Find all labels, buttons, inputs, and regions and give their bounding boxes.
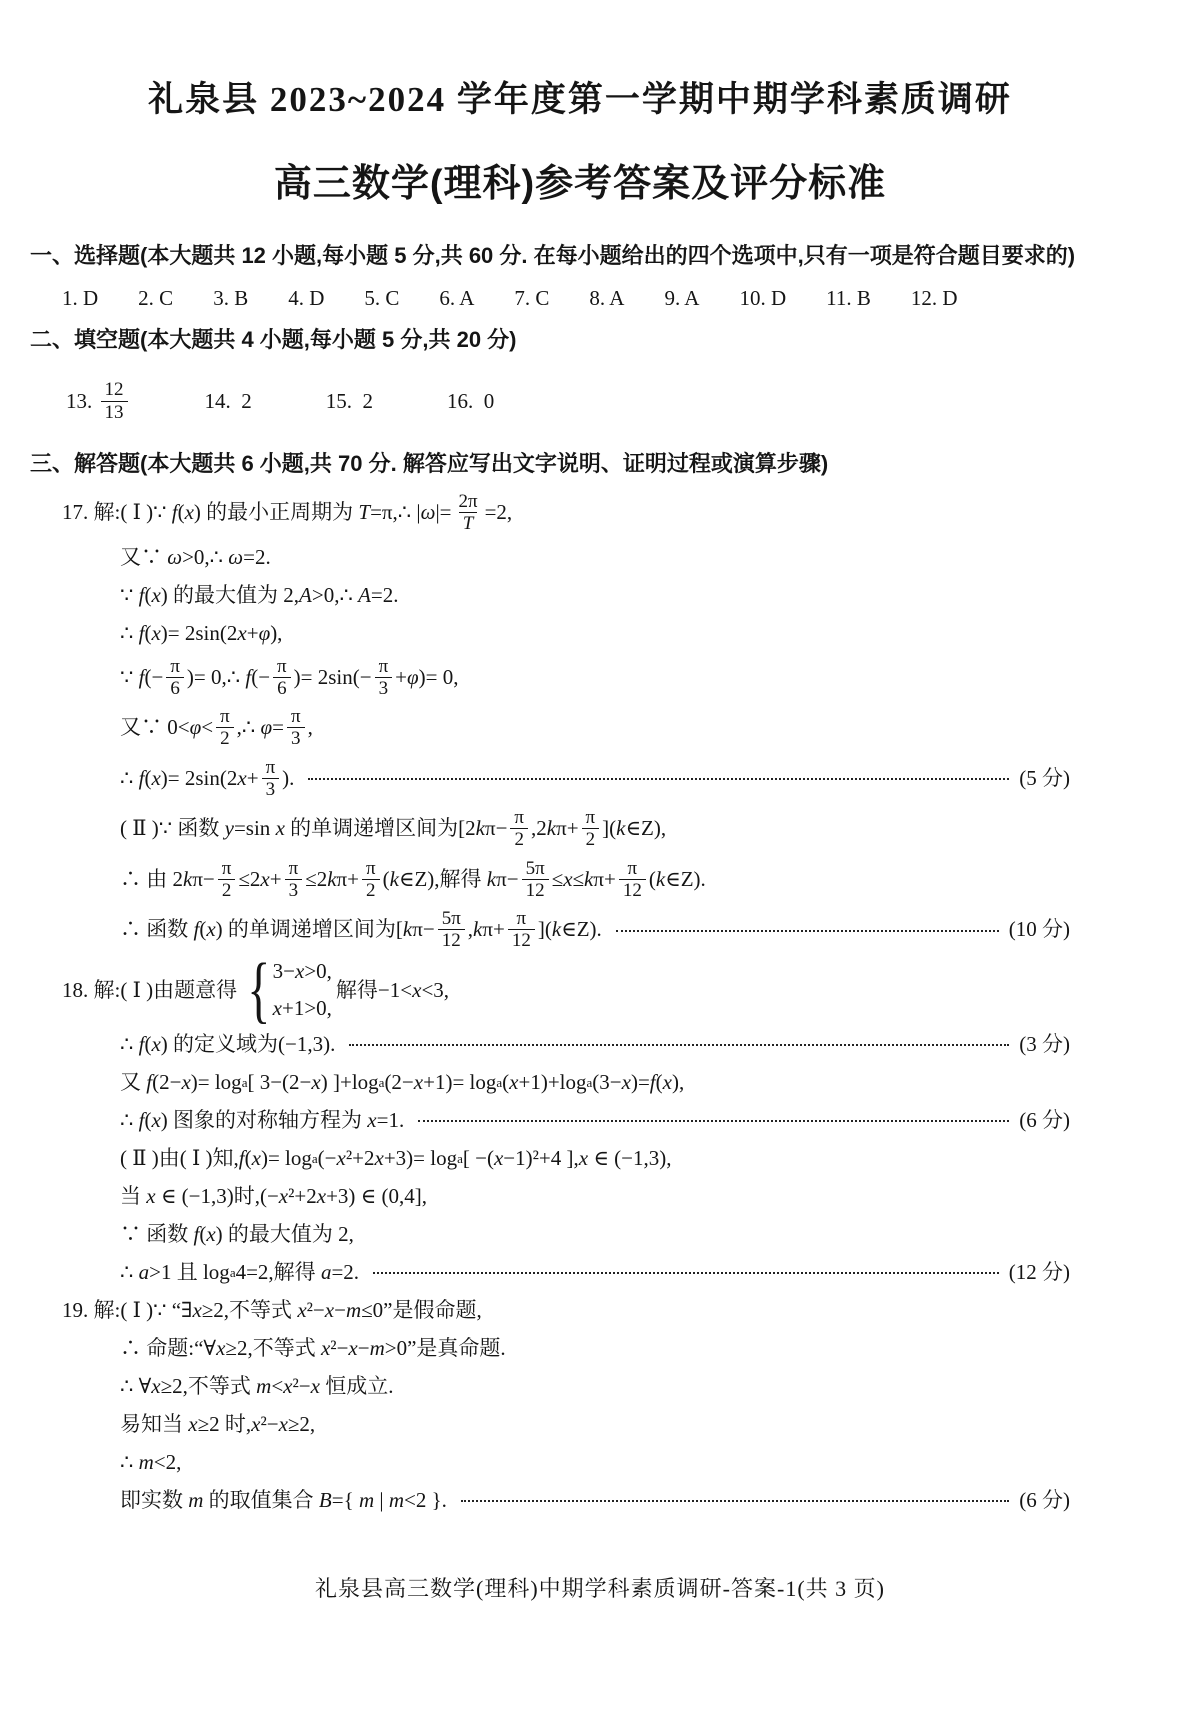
dotted-leader	[373, 1272, 999, 1274]
text-run: 6	[277, 678, 287, 699]
text-run: x	[494, 1144, 503, 1173]
text-run: T	[463, 513, 474, 534]
text-run: x	[216, 1334, 225, 1363]
text-run: ∴	[120, 764, 139, 793]
fraction-denominator: T	[459, 512, 478, 534]
text-run: 2	[366, 880, 376, 901]
text-run: 3	[291, 728, 301, 749]
text-run: ∵ 函数	[120, 1220, 194, 1249]
text-run: 2	[220, 728, 230, 749]
text-run: ( Ⅱ )由( Ⅰ )知,	[120, 1144, 239, 1173]
text-run: =sin	[234, 814, 276, 843]
text-run: ≤	[573, 865, 585, 894]
text-run: π	[277, 656, 287, 677]
text-run: k	[476, 814, 485, 843]
fraction-numerator: π	[166, 656, 184, 677]
text-run: 恒成立.	[320, 1372, 394, 1401]
text-run: ²−	[307, 1296, 325, 1325]
fraction-numerator: π	[582, 807, 600, 828]
text-run: k	[327, 865, 336, 894]
text-run: ∴ 命题:“∀	[120, 1334, 216, 1363]
text-run: ∈Z).	[665, 865, 706, 894]
text-run: k	[547, 814, 556, 843]
fill-in-answer: 14. 2	[205, 389, 252, 414]
text-run: k	[403, 915, 412, 944]
text-run: x	[509, 1068, 518, 1097]
score-label: (6 分)	[1019, 1106, 1070, 1135]
fraction-numerator: π	[273, 656, 291, 677]
text-run: ∴	[120, 619, 139, 648]
text-run: x	[237, 619, 246, 648]
text-run: x	[273, 996, 282, 1020]
text-run: x	[374, 1144, 383, 1173]
choice-answer: 7. C	[514, 283, 549, 313]
solution-line: ∴ f(x) 图象的对称轴方程为 x=1.(6 分)	[30, 1105, 1070, 1136]
text-run: k	[390, 865, 399, 894]
text-run: π	[266, 757, 276, 778]
text-run: ≤2	[238, 865, 260, 894]
cases-row: 3−x>0,	[273, 960, 332, 983]
text-run: 即实数	[120, 1486, 188, 1515]
text-run: +	[395, 663, 407, 692]
text-run: ∴ 由 2	[120, 865, 183, 894]
text-run: ≥2,不等式	[161, 1372, 257, 1401]
text-run: ∵	[120, 663, 139, 692]
text-run: k	[183, 865, 192, 894]
text-run: =π,∴ |	[370, 498, 421, 527]
text-run: m	[370, 1334, 385, 1363]
fraction: π2	[582, 807, 600, 851]
choice-answer: 12. D	[911, 283, 958, 313]
text-run: ∈Z),解得	[399, 865, 487, 894]
fraction: π3	[287, 706, 305, 750]
fraction: π2	[216, 706, 234, 750]
text-run: ≥2,不等式	[202, 1296, 298, 1325]
text-run: x	[279, 1182, 288, 1211]
answer-sheet-page: 礼泉县 2023~2024 学年度第一学期中期学科素质调研 高三数学(理科)参考…	[0, 0, 1200, 1516]
text-run: ∴ 函数	[120, 915, 194, 944]
text-run: x	[579, 1144, 588, 1173]
text-run: 5π	[526, 858, 545, 879]
text-run: +1)= log	[423, 1068, 496, 1097]
text-run: φ	[407, 663, 419, 692]
score-label: (5 分)	[1019, 764, 1070, 793]
text-run: π+	[556, 814, 578, 843]
text-run: +1)+log	[518, 1068, 586, 1097]
text-run: 13.	[66, 389, 98, 414]
text-run: <	[271, 1372, 283, 1401]
fraction-denominator: 6	[166, 677, 184, 699]
text-run: ≤0”是假命题,	[361, 1296, 482, 1325]
text-run: 3	[379, 678, 389, 699]
text-run: x	[337, 1144, 346, 1173]
fraction-denominator: 2	[216, 727, 234, 749]
text-run: 3	[289, 880, 299, 901]
text-run: <2,	[154, 1448, 182, 1477]
text-run: φ	[259, 619, 271, 648]
text-run: ∴ ∀	[120, 1372, 151, 1401]
text-run: x	[260, 865, 269, 894]
text-run: ( Ⅱ )∵ 函数	[120, 814, 225, 843]
text-run: 的取值集合	[203, 1486, 319, 1515]
solution-line: ∴ 由 2kπ−π2≤2x+π3≤2kπ+π2(k∈Z),解得 kπ−5π12≤…	[30, 858, 1070, 902]
text-run: k	[487, 865, 496, 894]
choice-answer: 9. A	[664, 283, 699, 313]
text-run: x	[237, 764, 246, 793]
text-run: |=	[435, 498, 451, 527]
text-run: ) 的最小正周期为	[194, 498, 359, 527]
text-run: )= 2sin(2	[161, 619, 238, 648]
fraction-numerator: 5π	[438, 908, 465, 929]
text-run: >0,	[304, 959, 332, 983]
text-run: ,∴	[237, 713, 261, 742]
text-run: π−	[485, 814, 507, 843]
text-run: )=	[631, 1068, 650, 1097]
text-run: )= 2sin(−	[294, 663, 372, 692]
text-run: ) 图象的对称轴方程为	[161, 1106, 368, 1135]
text-run: k	[584, 865, 593, 894]
fraction-denominator: 12	[619, 879, 646, 901]
fraction-numerator: 2π	[455, 491, 482, 512]
brace-icon: {	[247, 959, 270, 1022]
text-run: (	[383, 865, 390, 894]
text-run: <2 }.	[404, 1486, 447, 1515]
solution-line: ∴ 命题:“∀x≥2,不等式 x²−x−m>0”是真命题.	[30, 1333, 1070, 1364]
fraction: π2	[218, 858, 236, 902]
text-run: +3) ∈ (0,4],	[326, 1182, 427, 1211]
text-run: 12	[623, 880, 642, 901]
text-run: π	[586, 807, 596, 828]
text-run: 12	[526, 880, 545, 901]
fraction-numerator: π	[262, 757, 280, 778]
fraction-denominator: 3	[375, 677, 393, 699]
fraction-denominator: 2	[218, 879, 236, 901]
solution-line: 17. 解:( Ⅰ )∵ f(x) 的最小正周期为 T=π,∴ |ω|=2πT=…	[30, 491, 1070, 535]
cases-rows: 3−x>0,x+1>0,	[273, 960, 332, 1020]
text-run: =2.	[371, 581, 399, 610]
text-run: <3,	[421, 976, 449, 1005]
text-run: |	[374, 1486, 389, 1515]
text-run: x	[185, 498, 194, 527]
text-run: φ	[261, 713, 273, 742]
fraction: π6	[166, 656, 184, 700]
text-run: 2	[514, 829, 524, 850]
text-run: ) 的最大值为 2,	[216, 1220, 354, 1249]
text-run: x	[663, 1068, 672, 1097]
text-run: π+	[337, 865, 359, 894]
fraction-denominator: 12	[438, 929, 465, 951]
text-run: ∴	[120, 1258, 139, 1287]
fraction-denominator: 6	[273, 677, 291, 699]
text-run: +1>0,	[282, 996, 332, 1020]
text-run: x	[321, 1334, 330, 1363]
fraction-denominator: 3	[262, 778, 280, 800]
text-run: π	[291, 706, 301, 727]
score-label: (12 分)	[1009, 1258, 1070, 1287]
text-run: 又∵	[120, 543, 167, 572]
dotted-leader	[461, 1500, 1009, 1502]
text-run: x	[317, 1182, 326, 1211]
text-run: x	[279, 1410, 288, 1439]
text-run: ),	[270, 619, 282, 648]
text-run: (	[649, 865, 656, 894]
fraction-numerator: π	[510, 807, 528, 828]
fraction: π12	[619, 858, 646, 902]
text-run: 19. 解:( Ⅰ )∵ “∃	[62, 1296, 192, 1325]
text-run: x	[192, 1296, 201, 1325]
choice-answer: 6. A	[439, 283, 474, 313]
section-heading: 三、解答题(本大题共 6 小题,共 70 分. 解答应写出文字说明、证明过程或演…	[30, 449, 1070, 479]
text-run: ) 的最大值为 2,	[161, 581, 299, 610]
dotted-leader	[418, 1120, 1009, 1122]
text-run: x	[311, 1372, 320, 1401]
dotted-leader	[616, 930, 999, 932]
solution-line: ∴ a>1 且 loga4=2,解得 a=2.(12 分)	[30, 1257, 1070, 1288]
text-run: x	[251, 1410, 260, 1439]
text-run: x	[622, 1068, 631, 1097]
text-run: ≥2 时,	[198, 1410, 252, 1439]
text-run: A	[299, 581, 312, 610]
text-run: m	[256, 1372, 271, 1401]
text-run: (3−	[592, 1068, 621, 1097]
text-run: π+	[593, 865, 615, 894]
text-run: =2.	[243, 543, 271, 572]
solution-line: ∵ 函数 f(x) 的最大值为 2,	[30, 1219, 1070, 1250]
text-run: (2−	[384, 1068, 413, 1097]
fill-in-answer-row: 13. 121314. 215. 216. 0	[30, 369, 1070, 433]
text-run: [ −(	[463, 1144, 494, 1173]
text-run: ) ]+log	[321, 1068, 379, 1097]
fraction-denominator: 3	[285, 879, 303, 901]
text-run: )= log	[191, 1068, 242, 1097]
score-label: (10 分)	[1009, 915, 1070, 944]
text-run: ={	[332, 1486, 359, 1515]
text-run: x	[412, 976, 421, 1005]
fraction-denominator: 12	[508, 929, 535, 951]
text-run: B	[319, 1486, 332, 1515]
text-run: =2.	[331, 1258, 359, 1287]
text-run: x	[295, 959, 304, 983]
text-run: x	[181, 1068, 190, 1097]
text-run: ∴	[120, 1106, 139, 1135]
text-run: π	[289, 858, 299, 879]
fraction-numerator: 12	[101, 379, 128, 400]
text-run: ](	[538, 915, 552, 944]
text-run: 12	[105, 379, 124, 400]
dotted-leader	[308, 778, 1009, 780]
text-run: ).	[282, 764, 294, 793]
text-run: A	[358, 581, 371, 610]
text-run: ²+2	[346, 1144, 375, 1173]
text-run: 易知当	[120, 1410, 188, 1439]
text-run: ω	[421, 498, 436, 527]
solution-line: 又∵ 0<φ<π2,∴ φ=π3,	[30, 706, 1070, 750]
fraction-numerator: π	[285, 858, 303, 879]
text-run: (−	[251, 663, 270, 692]
text-run: )= log	[261, 1144, 312, 1173]
exam-title: 礼泉县 2023~2024 学年度第一学期中期学科素质调研	[30, 72, 1130, 122]
text-run: +	[247, 619, 259, 648]
choice-answer: 11. B	[826, 283, 871, 313]
choice-answer: 8. A	[589, 283, 624, 313]
solution-line: ∵ f(x) 的最大值为 2,A>0,∴ A=2.	[30, 580, 1070, 611]
fill-in-answer: 13. 1213	[66, 379, 131, 423]
text-run: x	[367, 1106, 376, 1135]
fraction: 2πT	[455, 491, 482, 535]
fraction: π3	[375, 656, 393, 700]
fraction: π12	[508, 908, 535, 952]
text-run: ,	[308, 713, 313, 742]
solution-line: 又 f(2−x)= loga[ 3−(2−x) ]+loga(2−x+1)= l…	[30, 1067, 1070, 1098]
text-run: π	[517, 908, 527, 929]
text-run: ∈ (−1,3),	[588, 1144, 671, 1173]
solution-line: ( Ⅱ )由( Ⅰ )知,f(x)= loga(−x²+2x+3)= loga[…	[30, 1143, 1070, 1174]
page-footer: 礼泉县高三数学(理科)中期学科素质调研-答案-1(共 3 页)	[0, 1572, 1200, 1603]
fraction: 5π12	[522, 858, 549, 902]
choice-answer: 4. D	[288, 283, 324, 313]
text-run: y	[225, 814, 234, 843]
text-run: x	[414, 1068, 423, 1097]
text-run: ≤	[552, 865, 564, 894]
fraction: π2	[510, 807, 528, 851]
text-run: π−	[412, 915, 434, 944]
text-run: )= 0,	[419, 663, 459, 692]
fraction-denominator: 13	[101, 401, 128, 423]
text-run: ) 的单调递增区间为[	[216, 915, 403, 944]
fraction-denominator: 3	[287, 727, 305, 749]
text-run: 14. 2	[205, 389, 252, 414]
text-run: π	[170, 656, 180, 677]
text-run: ∵	[120, 581, 139, 610]
text-run: ²−	[330, 1334, 348, 1363]
choice-answer-row: 1. D2. C3. B4. D5. C6. A7. C8. A9. A10. …	[30, 283, 1070, 313]
fraction-numerator: π	[362, 858, 380, 879]
text-run: x	[151, 619, 160, 648]
text-run: ²−	[260, 1410, 278, 1439]
text-run: x	[348, 1334, 357, 1363]
text-run: 二、填空题(本大题共 4 小题,每小题 5 分,共 20 分)	[30, 327, 517, 352]
text-run: 2	[586, 829, 596, 850]
text-run: 12	[442, 930, 461, 951]
solution-line: ∴ f(x) 的定义域为(−1,3).(3 分)	[30, 1029, 1070, 1060]
text-run: >1 且 log	[149, 1258, 230, 1287]
solution-line: 即实数 m 的取值集合 B={ m | m<2 }.(6 分)	[30, 1485, 1070, 1516]
solution-line: ( Ⅱ )∵ 函数 y=sin x 的单调递增区间为[2kπ−π2,2kπ+π2…	[30, 807, 1070, 851]
text-run: (2−	[152, 1068, 181, 1097]
text-run: 三、解答题(本大题共 6 小题,共 70 分. 解答应写出文字说明、证明过程或演…	[30, 451, 828, 476]
text-run: x	[151, 1030, 160, 1059]
text-run: [ 3−(2−	[247, 1068, 311, 1097]
text-run: ∈ (−1,3)时,(−	[156, 1182, 279, 1211]
fraction: π2	[362, 858, 380, 902]
text-run: π	[514, 807, 524, 828]
text-run: k	[616, 814, 625, 843]
text-run: ²−	[293, 1372, 311, 1401]
cases-row: x+1>0,	[273, 997, 332, 1020]
fraction-numerator: π	[624, 858, 642, 879]
fraction-numerator: π	[513, 908, 531, 929]
text-run: 6	[170, 678, 180, 699]
text-run: x	[146, 1182, 155, 1211]
text-run: >0,∴	[182, 543, 228, 572]
text-run: (	[656, 1068, 663, 1097]
text-run: x	[206, 915, 215, 944]
text-run: 3−	[273, 959, 295, 983]
text-run: ≤2	[305, 865, 327, 894]
text-run: m	[188, 1486, 203, 1515]
text-run: ∴	[120, 1030, 139, 1059]
fraction: π6	[273, 656, 291, 700]
solution-line: 又∵ ω>0,∴ ω=2.	[30, 542, 1070, 573]
fraction: 5π12	[438, 908, 465, 952]
text-run: π	[366, 858, 376, 879]
text-run: 又∵ 0<	[120, 713, 190, 742]
text-run: x	[151, 1372, 160, 1401]
text-run: <	[201, 713, 213, 742]
text-run: 解得−1<	[336, 976, 412, 1005]
solution-line: 19. 解:( Ⅰ )∵ “∃x≥2,不等式 x²−x−m≤0”是假命题,	[30, 1295, 1070, 1326]
text-run: +3)= log	[384, 1144, 457, 1173]
text-run: 15. 2	[326, 389, 373, 414]
text-run: m	[139, 1448, 154, 1477]
text-run: 12	[512, 930, 531, 951]
score-label: (3 分)	[1019, 1030, 1070, 1059]
text-run: ∴	[120, 1448, 139, 1477]
text-run: x	[151, 1106, 160, 1135]
choice-answer: 3. B	[213, 283, 248, 313]
text-run: 2π	[459, 491, 478, 512]
cases-system: {3−x>0,x+1>0,	[241, 959, 332, 1022]
text-run: x	[311, 1068, 320, 1097]
dotted-leader	[349, 1044, 1009, 1046]
solution-line: ∴ f(x)= 2sin(2x+π3).(5 分)	[30, 757, 1070, 801]
text-run: π+	[482, 915, 504, 944]
fraction-denominator: 2	[582, 828, 600, 850]
text-run: m	[346, 1296, 361, 1325]
text-run: π	[628, 858, 638, 879]
text-run: 当	[120, 1182, 146, 1211]
text-run: 16. 0	[447, 389, 494, 414]
content: 一、选择题(本大题共 12 小题,每小题 5 分,共 60 分. 在每小题给出的…	[30, 241, 1070, 1516]
text-run: a	[321, 1258, 332, 1287]
text-run: 18. 解:( Ⅰ )由题意得	[62, 976, 237, 1005]
solution-line: 18. 解:( Ⅰ )由题意得{3−x>0,x+1>0,解得−1<x<3,	[30, 959, 1070, 1022]
fraction-numerator: π	[218, 858, 236, 879]
text-run: 一、选择题(本大题共 12 小题,每小题 5 分,共 60 分. 在每小题给出的…	[30, 243, 1075, 268]
solution-line: 当 x ∈ (−1,3)时,(−x²+2x+3) ∈ (0,4],	[30, 1181, 1070, 1212]
fill-in-answer: 15. 2	[326, 389, 373, 414]
solution-line: ∴ 函数 f(x) 的单调递增区间为[kπ−5π12,kπ+π12](k∈Z).…	[30, 908, 1070, 952]
text-run: π−	[192, 865, 214, 894]
text-run: m	[389, 1486, 404, 1515]
text-run: x	[252, 1144, 261, 1173]
text-run: )= 2sin(2	[161, 764, 238, 793]
choice-answer: 2. C	[138, 283, 173, 313]
text-run: 2	[222, 880, 232, 901]
text-run: ∈Z),	[625, 814, 666, 843]
fraction-numerator: 5π	[522, 858, 549, 879]
fraction-denominator: 2	[362, 879, 380, 901]
text-run: 4=2,解得	[236, 1258, 321, 1287]
page-title: 高三数学(理科)参考答案及评分标准	[30, 152, 1130, 207]
text-run: ≥2,	[288, 1410, 315, 1439]
text-run: x	[283, 1372, 292, 1401]
text-run: ω	[228, 543, 243, 572]
text-run: −	[334, 1296, 346, 1325]
text-run: x	[151, 764, 160, 793]
text-run: −1)²+4 ],	[503, 1144, 578, 1173]
text-run: +	[247, 764, 259, 793]
